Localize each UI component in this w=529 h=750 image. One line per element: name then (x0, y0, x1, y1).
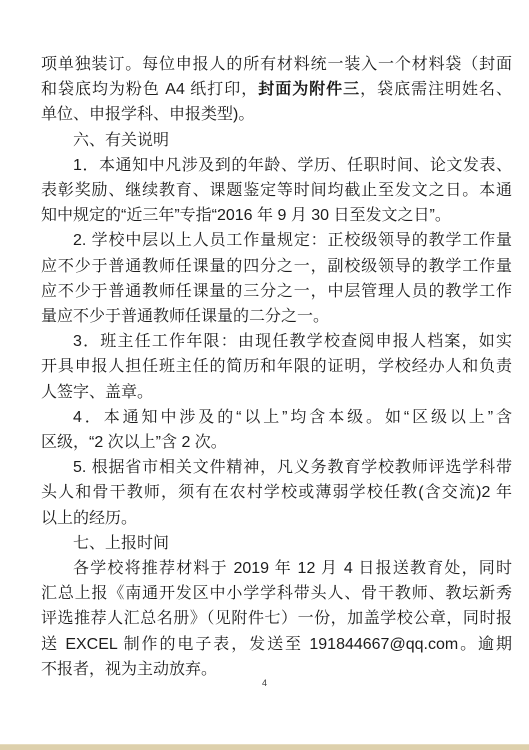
text-segment: 送 EXCEL 制作的电子表，发送至 191844667@qq.com。逾期 (41, 636, 512, 653)
text-segment: 头人和骨干教师，须有在农村学校或薄弱学校任教(含交流)2 年 (41, 484, 512, 501)
text-segment: 应不少于普通教师任课量的四分之一，副校级领导的教学工作量 (41, 258, 512, 275)
text-segment: 知中规定的“近三年”专指“2016 年 9 月 30 日至发文之日”。 (41, 207, 451, 224)
text-line: 汇总上报《南通开发区中小学学科带头人、骨干教师、教坛新秀 (41, 581, 512, 606)
text-segment: 评选推荐人汇总名册》（见附件七）一份，加盖学校公章，同时报 (41, 610, 512, 627)
text-line: 以上的经历。 (41, 506, 512, 531)
text-segment: 和袋底均为粉色 A4 纸打印， (41, 81, 258, 98)
text-line: 3．班主任工作年限：由现任教学校查阅申报人档案，如实 (41, 329, 512, 354)
text-line: 送 EXCEL 制作的电子表，发送至 191844667@qq.com。逾期 (41, 632, 512, 657)
text-segment: 1．本通知中凡涉及到的年龄、学历、任职时间、论文发表、 (73, 157, 512, 174)
text-segment: 不报者，视为主动放弃。 (41, 661, 217, 678)
text-line: 应不少于普通教师任课量的三分之一，中层管理人员的教学工作 (41, 279, 512, 304)
text-line: 5. 根据省市相关文件精神，凡义务教育学校教师评选学科带 (41, 455, 512, 480)
text-line: 六、有关说明 (41, 128, 512, 153)
text-segment: 项单独装订。每位申报人的所有材料统一装入一个材料袋（封面 (41, 56, 512, 73)
text-segment: 表彰奖励、继续教育、课题鉴定等时间均截止至发文之日。本通 (41, 182, 512, 199)
text-segment: 七、上报时间 (73, 535, 169, 552)
text-segment: 人签字、盖章。 (41, 384, 153, 401)
text-segment: 2. 学校中层以上人员工作量规定：正校级领导的教学工作量 (73, 232, 512, 249)
document-page: 项单独装订。每位申报人的所有材料统一装入一个材料袋（封面和袋底均为粉色 A4 纸… (0, 0, 529, 750)
text-segment: 5. 根据省市相关文件精神，凡义务教育学校教师评选学科带 (73, 459, 512, 476)
bold-text-segment: 封面为附件三 (258, 81, 360, 98)
page-number: 4 (0, 678, 529, 688)
text-line: 头人和骨干教师，须有在农村学校或薄弱学校任教(含交流)2 年 (41, 480, 512, 505)
text-line: 和袋底均为粉色 A4 纸打印，封面为附件三，袋底需注明姓名、 (41, 77, 512, 102)
text-segment: 应不少于普通教师任课量的三分之一，中层管理人员的教学工作 (41, 283, 512, 300)
scan-edge-strip (0, 744, 529, 750)
text-segment: 汇总上报《南通开发区中小学学科带头人、骨干教师、教坛新秀 (41, 585, 512, 602)
text-line: 表彰奖励、继续教育、课题鉴定等时间均截止至发文之日。本通 (41, 178, 512, 203)
text-segment: 六、有关说明 (73, 132, 169, 149)
text-segment: 量应不少于普通教师任课量的二分之一。 (41, 308, 329, 325)
text-segment: 3．班主任工作年限：由现任教学校查阅申报人档案，如实 (73, 333, 512, 350)
text-line: 知中规定的“近三年”专指“2016 年 9 月 30 日至发文之日”。 (41, 203, 512, 228)
text-line: 项单独装订。每位申报人的所有材料统一装入一个材料袋（封面 (41, 52, 512, 77)
text-line: 区级，“2 次以上”含 2 次。 (41, 430, 512, 455)
text-segment: 开具申报人担任班主任的简历和年限的证明，学校经办人和负责 (41, 358, 512, 375)
text-segment: ，袋底需注明姓名、 (360, 81, 512, 98)
document-body: 项单独装订。每位申报人的所有材料统一装入一个材料袋（封面和袋底均为粉色 A4 纸… (41, 52, 512, 682)
text-line: 1．本通知中凡涉及到的年龄、学历、任职时间、论文发表、 (41, 153, 512, 178)
text-segment: 单位、申报学科、申报类型)。 (41, 106, 254, 123)
text-line: 量应不少于普通教师任课量的二分之一。 (41, 304, 512, 329)
text-line: 单位、申报学科、申报类型)。 (41, 102, 512, 127)
text-line: 七、上报时间 (41, 531, 512, 556)
text-line: 应不少于普通教师任课量的四分之一，副校级领导的教学工作量 (41, 254, 512, 279)
text-segment: 4．本通知中涉及的“以上”均含本级。如“区级以上”含 (73, 409, 512, 426)
text-segment: 区级，“2 次以上”含 2 次。 (41, 434, 227, 451)
text-line: 开具申报人担任班主任的简历和年限的证明，学校经办人和负责 (41, 354, 512, 379)
text-line: 人签字、盖章。 (41, 380, 512, 405)
text-line: 2. 学校中层以上人员工作量规定：正校级领导的教学工作量 (41, 228, 512, 253)
text-line: 各学校将推荐材料于 2019 年 12 月 4 日报送教育处，同时 (41, 556, 512, 581)
text-line: 评选推荐人汇总名册》（见附件七）一份，加盖学校公章，同时报 (41, 606, 512, 631)
text-segment: 各学校将推荐材料于 2019 年 12 月 4 日报送教育处，同时 (73, 560, 512, 577)
text-line: 4．本通知中涉及的“以上”均含本级。如“区级以上”含 (41, 405, 512, 430)
text-segment: 以上的经历。 (41, 510, 137, 527)
